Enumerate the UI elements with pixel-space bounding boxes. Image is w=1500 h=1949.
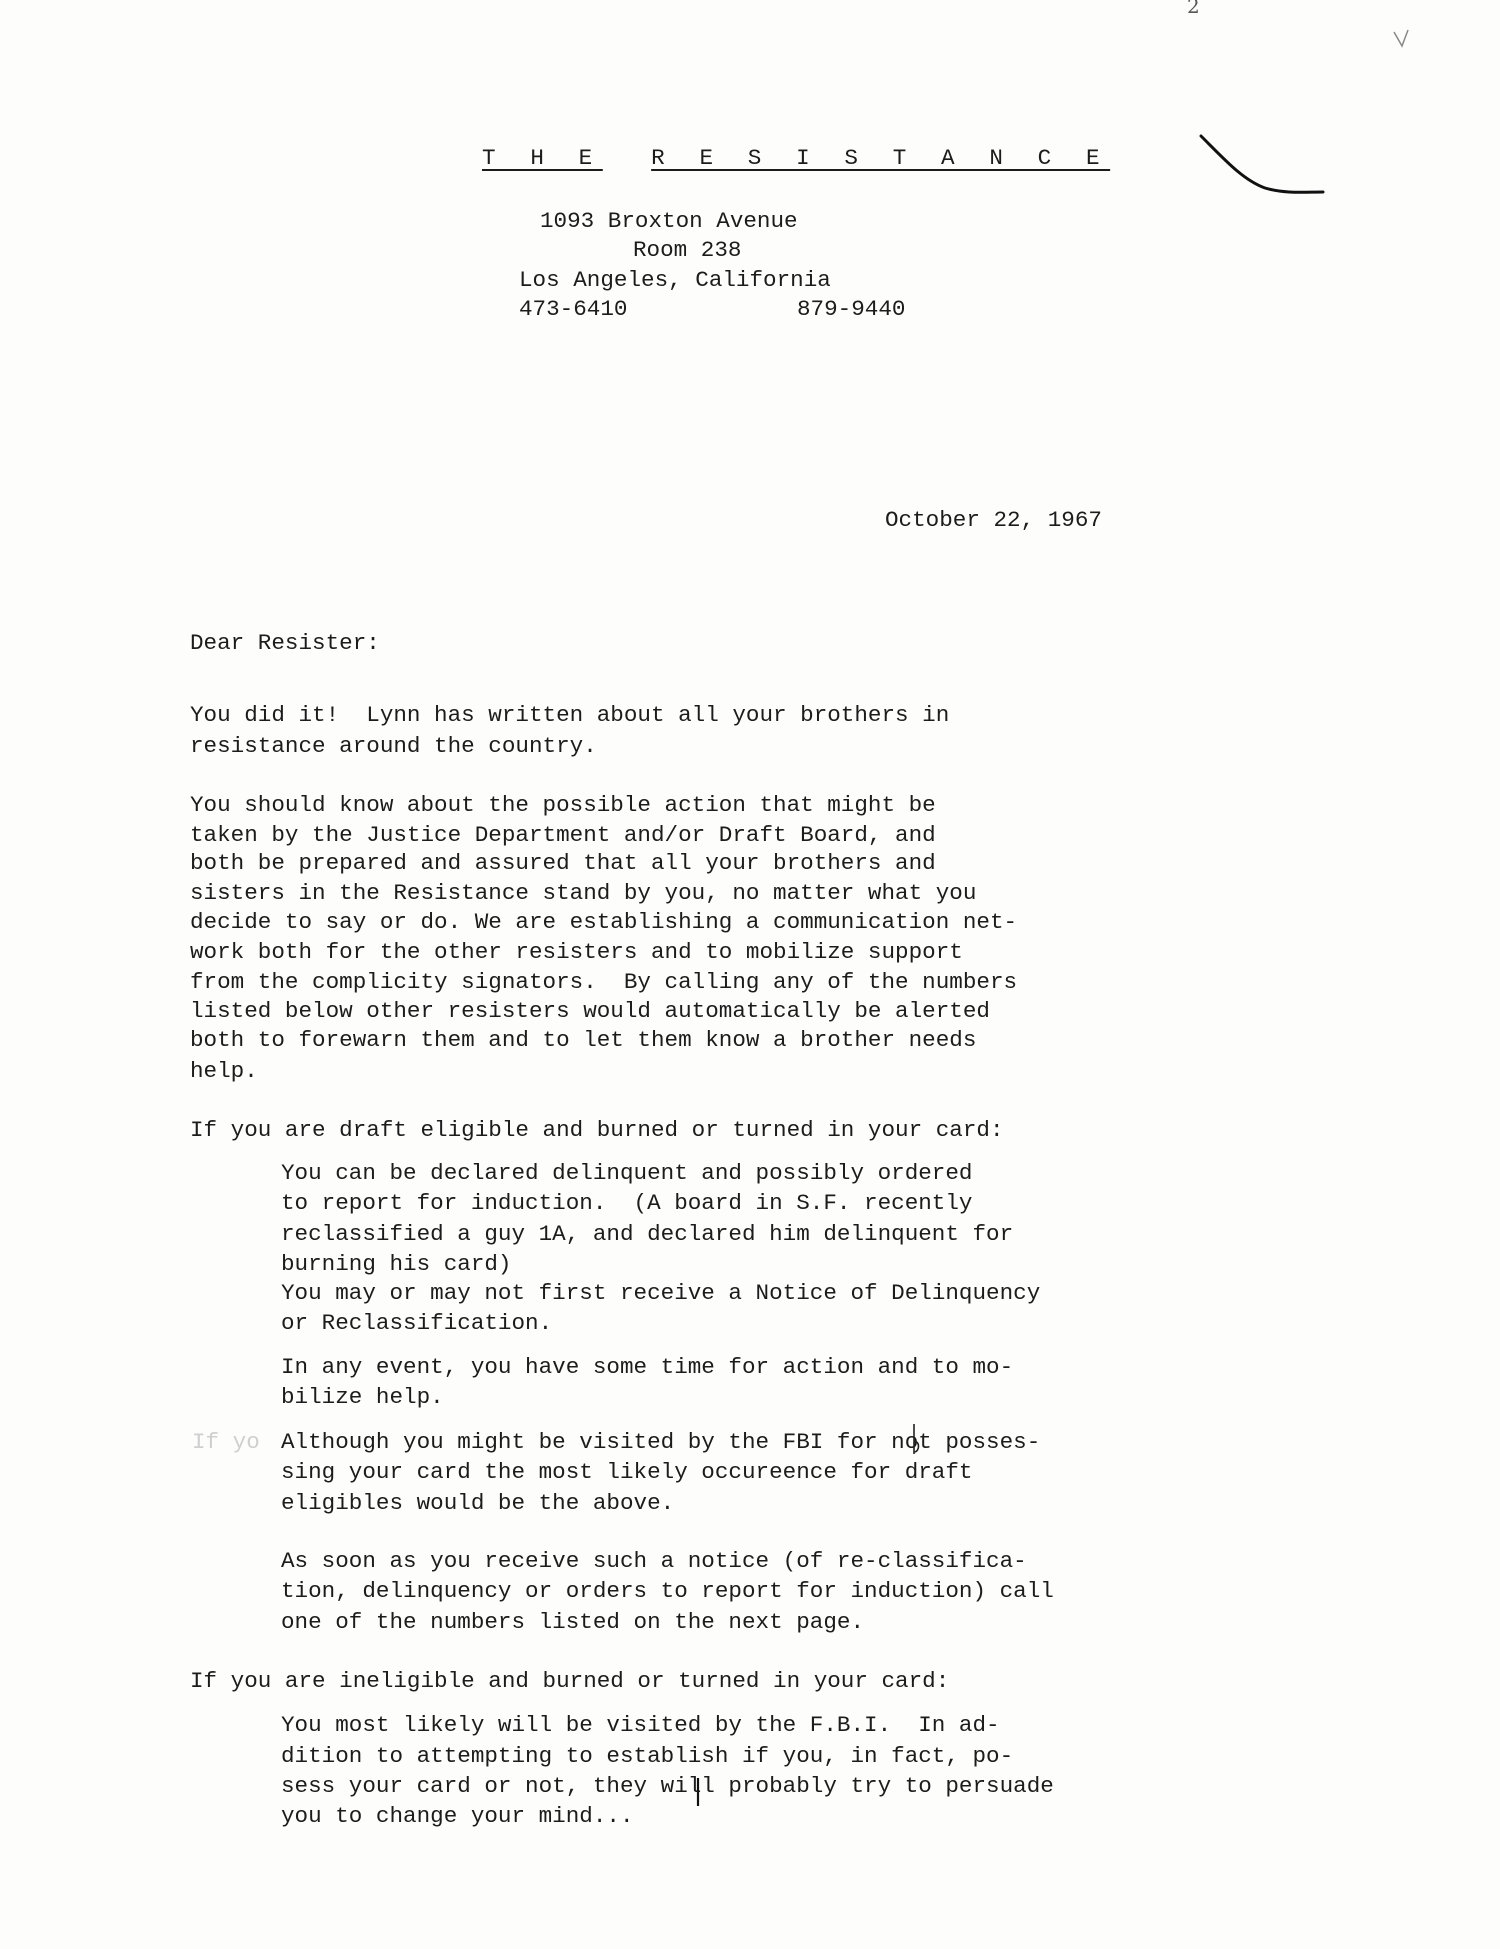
text-line: In any event, you have some time for act… bbox=[281, 1353, 1013, 1381]
text-line: You should know about the possible actio… bbox=[190, 791, 936, 819]
text-line: You may or may not first receive a Notic… bbox=[281, 1279, 1040, 1307]
text-line: resistance around the country. bbox=[190, 732, 597, 760]
text-line: sess your card or not, they will probabl… bbox=[281, 1772, 1054, 1800]
text-line: Although you might be visited by the FBI… bbox=[281, 1428, 1040, 1456]
text-line: both be prepared and assured that all yo… bbox=[190, 849, 936, 877]
text-line: bilize help. bbox=[281, 1383, 444, 1411]
text-line: help. bbox=[190, 1057, 258, 1085]
letter-date: October 22, 1967 bbox=[885, 506, 1102, 534]
text-line: You most likely will be visited by the F… bbox=[281, 1711, 1000, 1739]
pen-correction-mark-icon bbox=[690, 1776, 704, 1816]
phone-number-2: 879-9440 bbox=[797, 295, 905, 323]
text-line: to report for induction. (A board in S.F… bbox=[281, 1189, 972, 1217]
text-line: you to change your mind... bbox=[281, 1802, 634, 1830]
faded-overstrike-text: If yo bbox=[192, 1428, 260, 1456]
text-line: decide to say or do. We are establishing… bbox=[190, 908, 1017, 936]
text-line: sisters in the Resistance stand by you, … bbox=[190, 879, 976, 907]
text-line: listed below other resisters would autom… bbox=[190, 997, 990, 1025]
address-street: 1093 Broxton Avenue bbox=[540, 207, 798, 235]
text-line: eligibles would be the above. bbox=[281, 1489, 674, 1517]
page-number-handwritten: 2 bbox=[1187, 0, 1200, 18]
text-line: one of the numbers listed on the next pa… bbox=[281, 1608, 864, 1636]
phone-number-1: 473-6410 bbox=[519, 295, 627, 323]
text-line: work both for the other resisters and to… bbox=[190, 938, 963, 966]
text-line: or Reclassification. bbox=[281, 1309, 552, 1337]
pen-stroke-mark-icon bbox=[1195, 130, 1335, 200]
text-line: burning his card) bbox=[281, 1250, 512, 1278]
text-line: You did it! Lynn has written about all y… bbox=[190, 701, 949, 729]
text-line: As soon as you receive such a notice (of… bbox=[281, 1547, 1027, 1575]
section-heading: If you are draft eligible and burned or … bbox=[190, 1116, 1004, 1144]
text-line: tion, delinquency or orders to report fo… bbox=[281, 1577, 1054, 1605]
salutation: Dear Resister: bbox=[190, 629, 380, 657]
pen-correction-mark-icon bbox=[910, 1422, 922, 1458]
check-mark-icon bbox=[1392, 28, 1412, 52]
text-line: You can be declared delinquent and possi… bbox=[281, 1159, 972, 1187]
address-city: Los Angeles, California bbox=[519, 266, 831, 294]
text-line: both to forewarn them and to let them kn… bbox=[190, 1026, 976, 1054]
section-heading: If you are ineligible and burned or turn… bbox=[190, 1667, 949, 1695]
text-line: taken by the Justice Department and/or D… bbox=[190, 821, 936, 849]
title-word-resistance: R E S I S T A N C E bbox=[651, 145, 1110, 171]
letterhead-title: T H E R E S I S T A N C E bbox=[482, 144, 1110, 172]
text-line: sing your card the most likely occureenc… bbox=[281, 1458, 972, 1486]
text-line: dition to attempting to establish if you… bbox=[281, 1742, 1013, 1770]
letter-page: 2 T H E R E S I S T A N C E 1093 Broxton… bbox=[0, 0, 1500, 1949]
address-room: Room 238 bbox=[633, 236, 741, 264]
text-line: from the complicity signators. By callin… bbox=[190, 968, 1017, 996]
text-line: reclassified a guy 1A, and declared him … bbox=[281, 1220, 1013, 1248]
title-word-the: T H E bbox=[482, 145, 603, 171]
